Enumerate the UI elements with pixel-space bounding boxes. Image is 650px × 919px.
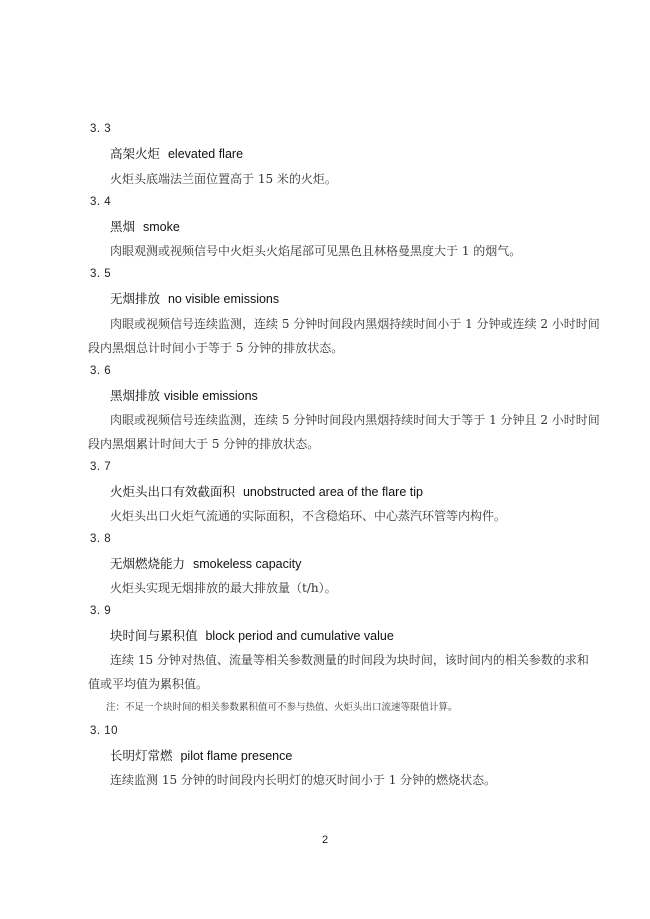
definition-text: 段内黑烟总计时间小于等于 5 分钟的排放状态。 [88,342,343,354]
term-zh: 黑烟排放 [110,388,160,403]
definition-text: 火炬头底端法兰面位置高于 15 米的火炬。 [110,173,337,185]
section-number: 3. 10 [90,726,118,738]
term-zh: 黑烟 [110,219,135,234]
term-zh: 块时间与累积值 [110,628,198,643]
note-text: 注：不足一个块时间的相关参数累积值可不参与热值、火炬头出口流速等限值计算。 [106,703,458,713]
section-number: 3. 8 [90,534,111,546]
term-heading: 高架火炬 elevated flare [110,148,243,161]
definition-text: 连续监测 15 分钟的时间段内长明灯的熄灭时间小于 1 分钟的燃烧状态。 [110,774,496,786]
term-heading: 火炬头出口有效截面积 unobstructed area of the flar… [110,486,423,499]
term-zh: 长明灯常燃 [110,748,173,763]
section-number: 3. 6 [90,366,111,378]
term-heading: 长明灯常燃 pilot flame presence [110,750,292,763]
section-number: 3. 4 [90,197,111,209]
term-heading: 无烟排放 no visible emissions [110,293,279,306]
document-page: 3. 3 高架火炬 elevated flare 火炬头底端法兰面位置高于 15… [0,0,650,919]
section-number: 3. 3 [90,124,111,136]
definition-text: 火炬头出口火炬气流通的实际面积，不含稳焰环、中心蒸汽环管等内构件。 [110,510,506,522]
term-en: block period and cumulative value [205,629,393,643]
section-number: 3. 9 [90,606,111,618]
term-en: unobstructed area of the flare tip [243,485,423,499]
term-en: smoke [143,220,180,234]
term-heading: 无烟燃烧能力 smokeless capacity [110,558,301,571]
definition-text: 火炬头实现无烟排放的最大排放量（t/h）。 [110,582,337,594]
term-en: smokeless capacity [193,557,301,571]
term-heading: 黑烟 smoke [110,221,180,234]
term-zh: 无烟燃烧能力 [110,556,185,571]
definition-text: 连续 15 分钟对热值、流量等相关参数测量的时间段为块时间，该时间内的相关参数的… [110,654,568,666]
section-number: 3. 5 [90,269,111,281]
term-zh: 高架火炬 [110,146,160,161]
term-heading: 块时间与累积值 block period and cumulative valu… [110,630,394,643]
term-en: no visible emissions [168,292,279,306]
term-en: pilot flame presence [180,749,292,763]
definition-text: 值或平均值为累积值。 [88,678,208,690]
definition-text: 肉眼或视频信号连续监测，连续 5 分钟时间段内黑烟持续时间小于 1 分钟或连续 … [110,318,568,330]
term-zh: 火炬头出口有效截面积 [110,484,235,499]
definition-text: 段内黑烟累计时间大于 5 分钟的排放状态。 [88,438,319,450]
section-number: 3. 7 [90,462,111,474]
definition-text: 肉眼或视频信号连续监测，连续 5 分钟时间段内黑烟持续时间大于等于 1 分钟且 … [110,414,568,426]
page-number: 2 [0,835,650,846]
term-en: elevated flare [168,147,243,161]
term-zh: 无烟排放 [110,291,160,306]
term-heading: 黑烟排放 visible emissions [110,390,258,403]
term-en: visible emissions [164,389,258,403]
definition-text: 肉眼观测或视频信号中火炬头火焰尾部可见黑色且林格曼黑度大于 1 的烟气。 [110,245,521,257]
